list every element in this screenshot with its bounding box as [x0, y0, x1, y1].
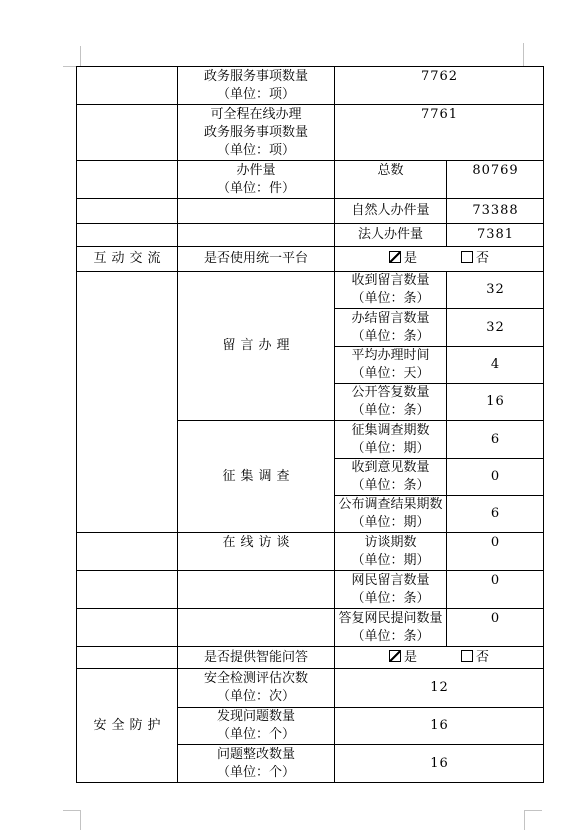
- label-text: 安全检测评估次数: [178, 670, 334, 688]
- cell-blank: [77, 199, 178, 224]
- label-text: 公布调查结果期数: [335, 496, 446, 514]
- label-text: 收到意见数量: [335, 459, 446, 477]
- table-row-netizen-replies: 答复网民提问数量（单位：条）0: [77, 609, 544, 647]
- checkbox-label: 是: [404, 251, 417, 266]
- cell-opinions-received-label: 收到意见数量（单位：条）: [335, 459, 447, 496]
- cell-blank: [178, 224, 335, 247]
- label-text: 征集调查期数: [335, 422, 446, 440]
- label-text: 是否使用统一平台: [178, 250, 334, 268]
- cell-cases-legal-value: 7381: [447, 224, 544, 247]
- label-text: （单位：期）: [335, 514, 446, 532]
- value-text: 12: [335, 679, 543, 697]
- checkbox-option-no: 否: [461, 649, 489, 667]
- label-text: （单位：项）: [178, 86, 334, 104]
- cell-problems-found-label: 发现问题数量（单位：个）: [178, 708, 335, 745]
- cell-online-service-items-label: 可全程在线办理政务服务事项数量（单位：项）: [178, 105, 335, 161]
- label-text: （单位：条）: [335, 290, 446, 308]
- label-text: （单位：项）: [178, 142, 334, 160]
- label-text: 平均办理时间: [335, 347, 446, 365]
- checkbox-option-no: 否: [461, 250, 489, 268]
- checkbox-label: 是: [404, 650, 417, 665]
- value-text: 7762: [335, 68, 543, 86]
- value-text: 7381: [447, 226, 543, 244]
- cell-blank: [77, 224, 178, 247]
- cell-cases-natural-label: 自然人办件量: [335, 199, 447, 224]
- checkbox-option-yes: 是: [389, 649, 417, 667]
- value-text: 0: [447, 572, 543, 590]
- label-text: 自然人办件量: [335, 202, 446, 220]
- cell-message-handling-group-label: 留言办理: [178, 272, 335, 421]
- value-text: 6: [447, 505, 543, 523]
- label-text: 答复网民提问数量: [335, 610, 446, 628]
- value-text: 0: [447, 534, 543, 552]
- label-text: （单位：条）: [335, 328, 446, 346]
- label-text: （单位：条）: [335, 590, 446, 608]
- cell-blank: [178, 571, 335, 609]
- label-text: 访谈期数: [335, 534, 446, 552]
- table-row-online-service-items: 可全程在线办理政务服务事项数量（单位：项）7761: [77, 105, 544, 161]
- document-page: 政务服务事项数量（单位：项）7762可全程在线办理政务服务事项数量（单位：项）7…: [0, 0, 582, 832]
- margin-mark-bottom-left-horizontal: [63, 810, 81, 811]
- group-text: 留言办理: [178, 337, 334, 355]
- cell-messages-completed-label: 办结留言数量（单位：条）: [335, 309, 447, 347]
- value-text: 16: [335, 717, 543, 735]
- cell-security-assessments-label: 安全检测评估次数（单位：次）: [178, 669, 335, 708]
- checkbox-label: 否: [476, 251, 489, 266]
- label-text: （单位：天）: [335, 365, 446, 383]
- label-text: （单位：条）: [335, 628, 446, 646]
- cell-avg-processing-time-label: 平均办理时间（单位：天）: [335, 347, 447, 384]
- cell-security-assessments-value: 12: [335, 669, 544, 708]
- cell-netizen-messages-label: 网民留言数量（单位：条）: [335, 571, 447, 609]
- value-text: 16: [335, 755, 543, 773]
- table-row-cases-legal-person: 法人办件量7381: [77, 224, 544, 247]
- group-text: 互动交流: [77, 250, 177, 268]
- cell-cases-label: 办件量（单位：件）: [178, 161, 335, 199]
- cell-netizen-replies-value: 0: [447, 609, 544, 647]
- cell-survey-results-value: 6: [447, 496, 544, 533]
- cell-blank: [77, 161, 178, 199]
- checkbox-unchecked-icon[interactable]: [461, 650, 473, 662]
- cell-public-replies-label: 公开答复数量（单位：条）: [335, 384, 447, 421]
- table-row-cases-natural-person: 自然人办件量73388: [77, 199, 544, 224]
- label-text: （单位：次）: [178, 688, 334, 706]
- cell-blank: [178, 609, 335, 647]
- cell-blank: [77, 647, 178, 669]
- label-text: （单位：条）: [335, 402, 446, 420]
- cell-blank: [77, 609, 178, 647]
- cell-public-replies-value: 16: [447, 384, 544, 421]
- group-text: 征集调查: [178, 468, 334, 486]
- cell-online-interviews-group-label: 在线访谈: [178, 533, 335, 571]
- checkbox-unchecked-icon[interactable]: [461, 251, 473, 263]
- cell-messages-received-label: 收到留言数量（单位：条）: [335, 272, 447, 309]
- label-text: 是否提供智能问答: [178, 649, 334, 667]
- label-text: （单位：条）: [335, 477, 446, 495]
- label-text: 办件量: [178, 162, 334, 180]
- label-text: （单位：期）: [335, 552, 446, 570]
- cell-online-service-items-value: 7761: [335, 105, 544, 161]
- cell-blank: [178, 199, 335, 224]
- label-text: 法人办件量: [335, 226, 446, 244]
- label-text: （单位：个）: [178, 764, 334, 782]
- cell-netizen-messages-value: 0: [447, 571, 544, 609]
- cell-blank: [77, 533, 178, 571]
- cell-survey-periods-value: 6: [447, 421, 544, 459]
- cell-avg-processing-time-value: 4: [447, 347, 544, 384]
- value-text: 0: [447, 610, 543, 628]
- label-text: 公开答复数量: [335, 384, 446, 402]
- table-row-cases-total: 办件量（单位：件）总数80769: [77, 161, 544, 199]
- cell-messages-received-value: 32: [447, 272, 544, 309]
- label-text: 网民留言数量: [335, 572, 446, 590]
- cell-blank: [77, 67, 178, 105]
- cell-cases-total-label: 总数: [335, 161, 447, 199]
- cell-problems-rectified-value: 16: [335, 745, 544, 783]
- cell-service-items-value: 7762: [335, 67, 544, 105]
- table-row-smart-qa: 是否提供智能问答是否: [77, 647, 544, 669]
- table-row-service-items: 政务服务事项数量（单位：项）7762: [77, 67, 544, 105]
- value-text: 7761: [335, 106, 543, 124]
- table-row-security-assessments: 安全防护安全检测评估次数（单位：次）12: [77, 669, 544, 708]
- cell-unified-platform-label: 是否使用统一平台: [178, 247, 335, 272]
- label-text: 问题整改数量: [178, 746, 334, 764]
- cell-cases-total-value: 80769: [447, 161, 544, 199]
- cell-survey-periods-label: 征集调查期数（单位：期）: [335, 421, 447, 459]
- margin-mark-bottom-right-horizontal: [524, 810, 542, 811]
- label-text: 发现问题数量: [178, 708, 334, 726]
- cell-interview-periods-label: 访谈期数（单位：期）: [335, 533, 447, 571]
- cell-problems-found-value: 16: [335, 708, 544, 745]
- cell-service-items-label: 政务服务事项数量（单位：项）: [178, 67, 335, 105]
- cell-opinions-received-value: 0: [447, 459, 544, 496]
- cell-blank: [77, 105, 178, 161]
- label-text: 可全程在线办理: [178, 106, 334, 124]
- group-text: 在线访谈: [178, 534, 334, 552]
- table-row-netizen-messages: 网民留言数量（单位：条）0: [77, 571, 544, 609]
- value-text: 73388: [447, 202, 543, 220]
- margin-mark-bottom-right-vertical: [524, 810, 525, 830]
- checkbox-label: 否: [476, 650, 489, 665]
- cell-security-section-label: 安全防护: [77, 669, 178, 783]
- cell-interview-periods-value: 0: [447, 533, 544, 571]
- checkbox-checked-icon[interactable]: [389, 650, 401, 662]
- table-row-messages-received: 留言办理收到留言数量（单位：条）32: [77, 272, 544, 309]
- checkbox-checked-icon[interactable]: [389, 251, 401, 263]
- cell-smart-qa-label: 是否提供智能问答: [178, 647, 335, 669]
- cell-unified-platform-checkbox: 是否: [335, 247, 544, 272]
- report-form-table: 政务服务事项数量（单位：项）7762可全程在线办理政务服务事项数量（单位：项）7…: [76, 66, 544, 783]
- cell-cases-legal-label: 法人办件量: [335, 224, 447, 247]
- value-text: 6: [447, 431, 543, 449]
- cell-survey-group-label: 征集调查: [178, 421, 335, 533]
- cell-survey-results-label: 公布调查结果期数（单位：期）: [335, 496, 447, 533]
- cell-messages-completed-value: 32: [447, 309, 544, 347]
- table-row-interaction-platform: 互动交流是否使用统一平台是否: [77, 247, 544, 272]
- margin-mark-top-right-vertical: [523, 43, 524, 66]
- label-text: 总数: [335, 162, 446, 180]
- label-text: 政务服务事项数量: [178, 68, 334, 86]
- label-text: 收到留言数量: [335, 272, 446, 290]
- cell-netizen-replies-label: 答复网民提问数量（单位：条）: [335, 609, 447, 647]
- label-text: （单位：件）: [178, 180, 334, 198]
- value-text: 4: [447, 356, 543, 374]
- cell-blank: [77, 571, 178, 609]
- table-row-online-interviews: 在线访谈访谈期数（单位：期）0: [77, 533, 544, 571]
- label-text: （单位：个）: [178, 726, 334, 744]
- label-text: 政务服务事项数量: [178, 124, 334, 142]
- label-text: 办结留言数量: [335, 310, 446, 328]
- margin-mark-bottom-left-vertical: [80, 810, 81, 830]
- value-text: 32: [447, 281, 543, 299]
- value-text: 0: [447, 468, 543, 486]
- value-text: 32: [447, 319, 543, 337]
- group-text: 安全防护: [77, 717, 177, 735]
- value-text: 16: [447, 393, 543, 411]
- checkbox-option-yes: 是: [389, 250, 417, 268]
- cell-blank: [77, 272, 178, 533]
- cell-cases-natural-value: 73388: [447, 199, 544, 224]
- cell-smart-qa-checkbox: 是否: [335, 647, 544, 669]
- cell-problems-rectified-label: 问题整改数量（单位：个）: [178, 745, 335, 783]
- cell-interaction-section-label: 互动交流: [77, 247, 178, 272]
- value-text: 80769: [447, 162, 543, 180]
- margin-mark-top-left-vertical: [80, 46, 81, 66]
- label-text: （单位：期）: [335, 440, 446, 458]
